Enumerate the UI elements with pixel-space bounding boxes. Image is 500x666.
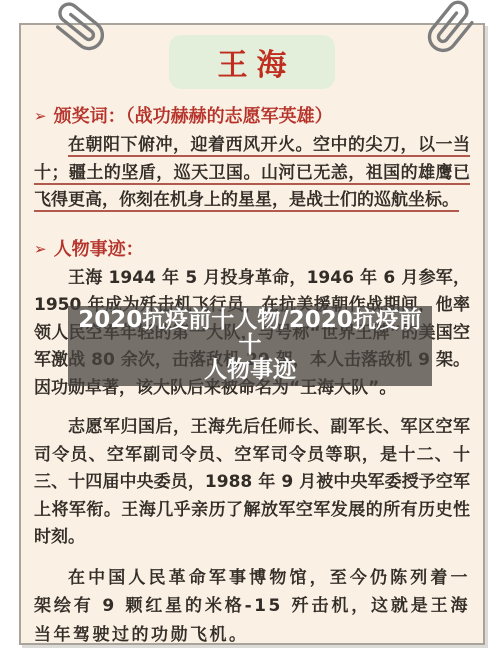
watermark-overlay: 2020抗疫前十人物/2020抗疫前十 人物事迹 [68,306,432,386]
award-citation-paragraph: 在朝阳下俯冲，迎着西风开火。空中的尖刀，以一当十；疆土的坚盾，巡天卫国。山河已无… [34,132,470,215]
watermark-line: 2020抗疫前十人物/2020抗疫前十 [68,308,432,358]
title-badge: 王海 [169,35,335,89]
deeds-paragraph: 志愿军归国后，王海先后任师长、副军长、军区空军司令员、空军副司令员、空军司令员等… [34,414,470,552]
page-title: 王海 [209,40,296,84]
section-heading-label: 人物事迹： [54,235,144,261]
paperclip-icon [421,0,480,57]
paperclip-icon [49,0,108,57]
arrowhead-bullet-icon: ➢ [34,107,47,125]
arrowhead-bullet-icon: ➢ [34,240,47,258]
section-award-citation: ➢ 颁奖词：（战功赫赫的志愿军英雄） 在朝阳下俯冲，迎着西风开火。空中的尖刀，以… [34,102,470,215]
deeds-paragraph: 在中国人民革命军事博物馆，至今仍陈列着一架绘有 9 颗红星的米格-15 歼击机，… [34,564,470,650]
section-heading-label: 颁奖词：（战功赫赫的志愿军英雄） [54,102,333,128]
section-deeds: ➢ 人物事迹： 王海 1944 年 5 月投身革命，1946 年 6 月参军，1… [34,235,470,650]
section-heading-award: ➢ 颁奖词：（战功赫赫的志愿军英雄） [34,102,470,128]
section-heading-deeds: ➢ 人物事迹： [34,235,470,261]
watermark-line: 人物事迹 [68,358,432,383]
